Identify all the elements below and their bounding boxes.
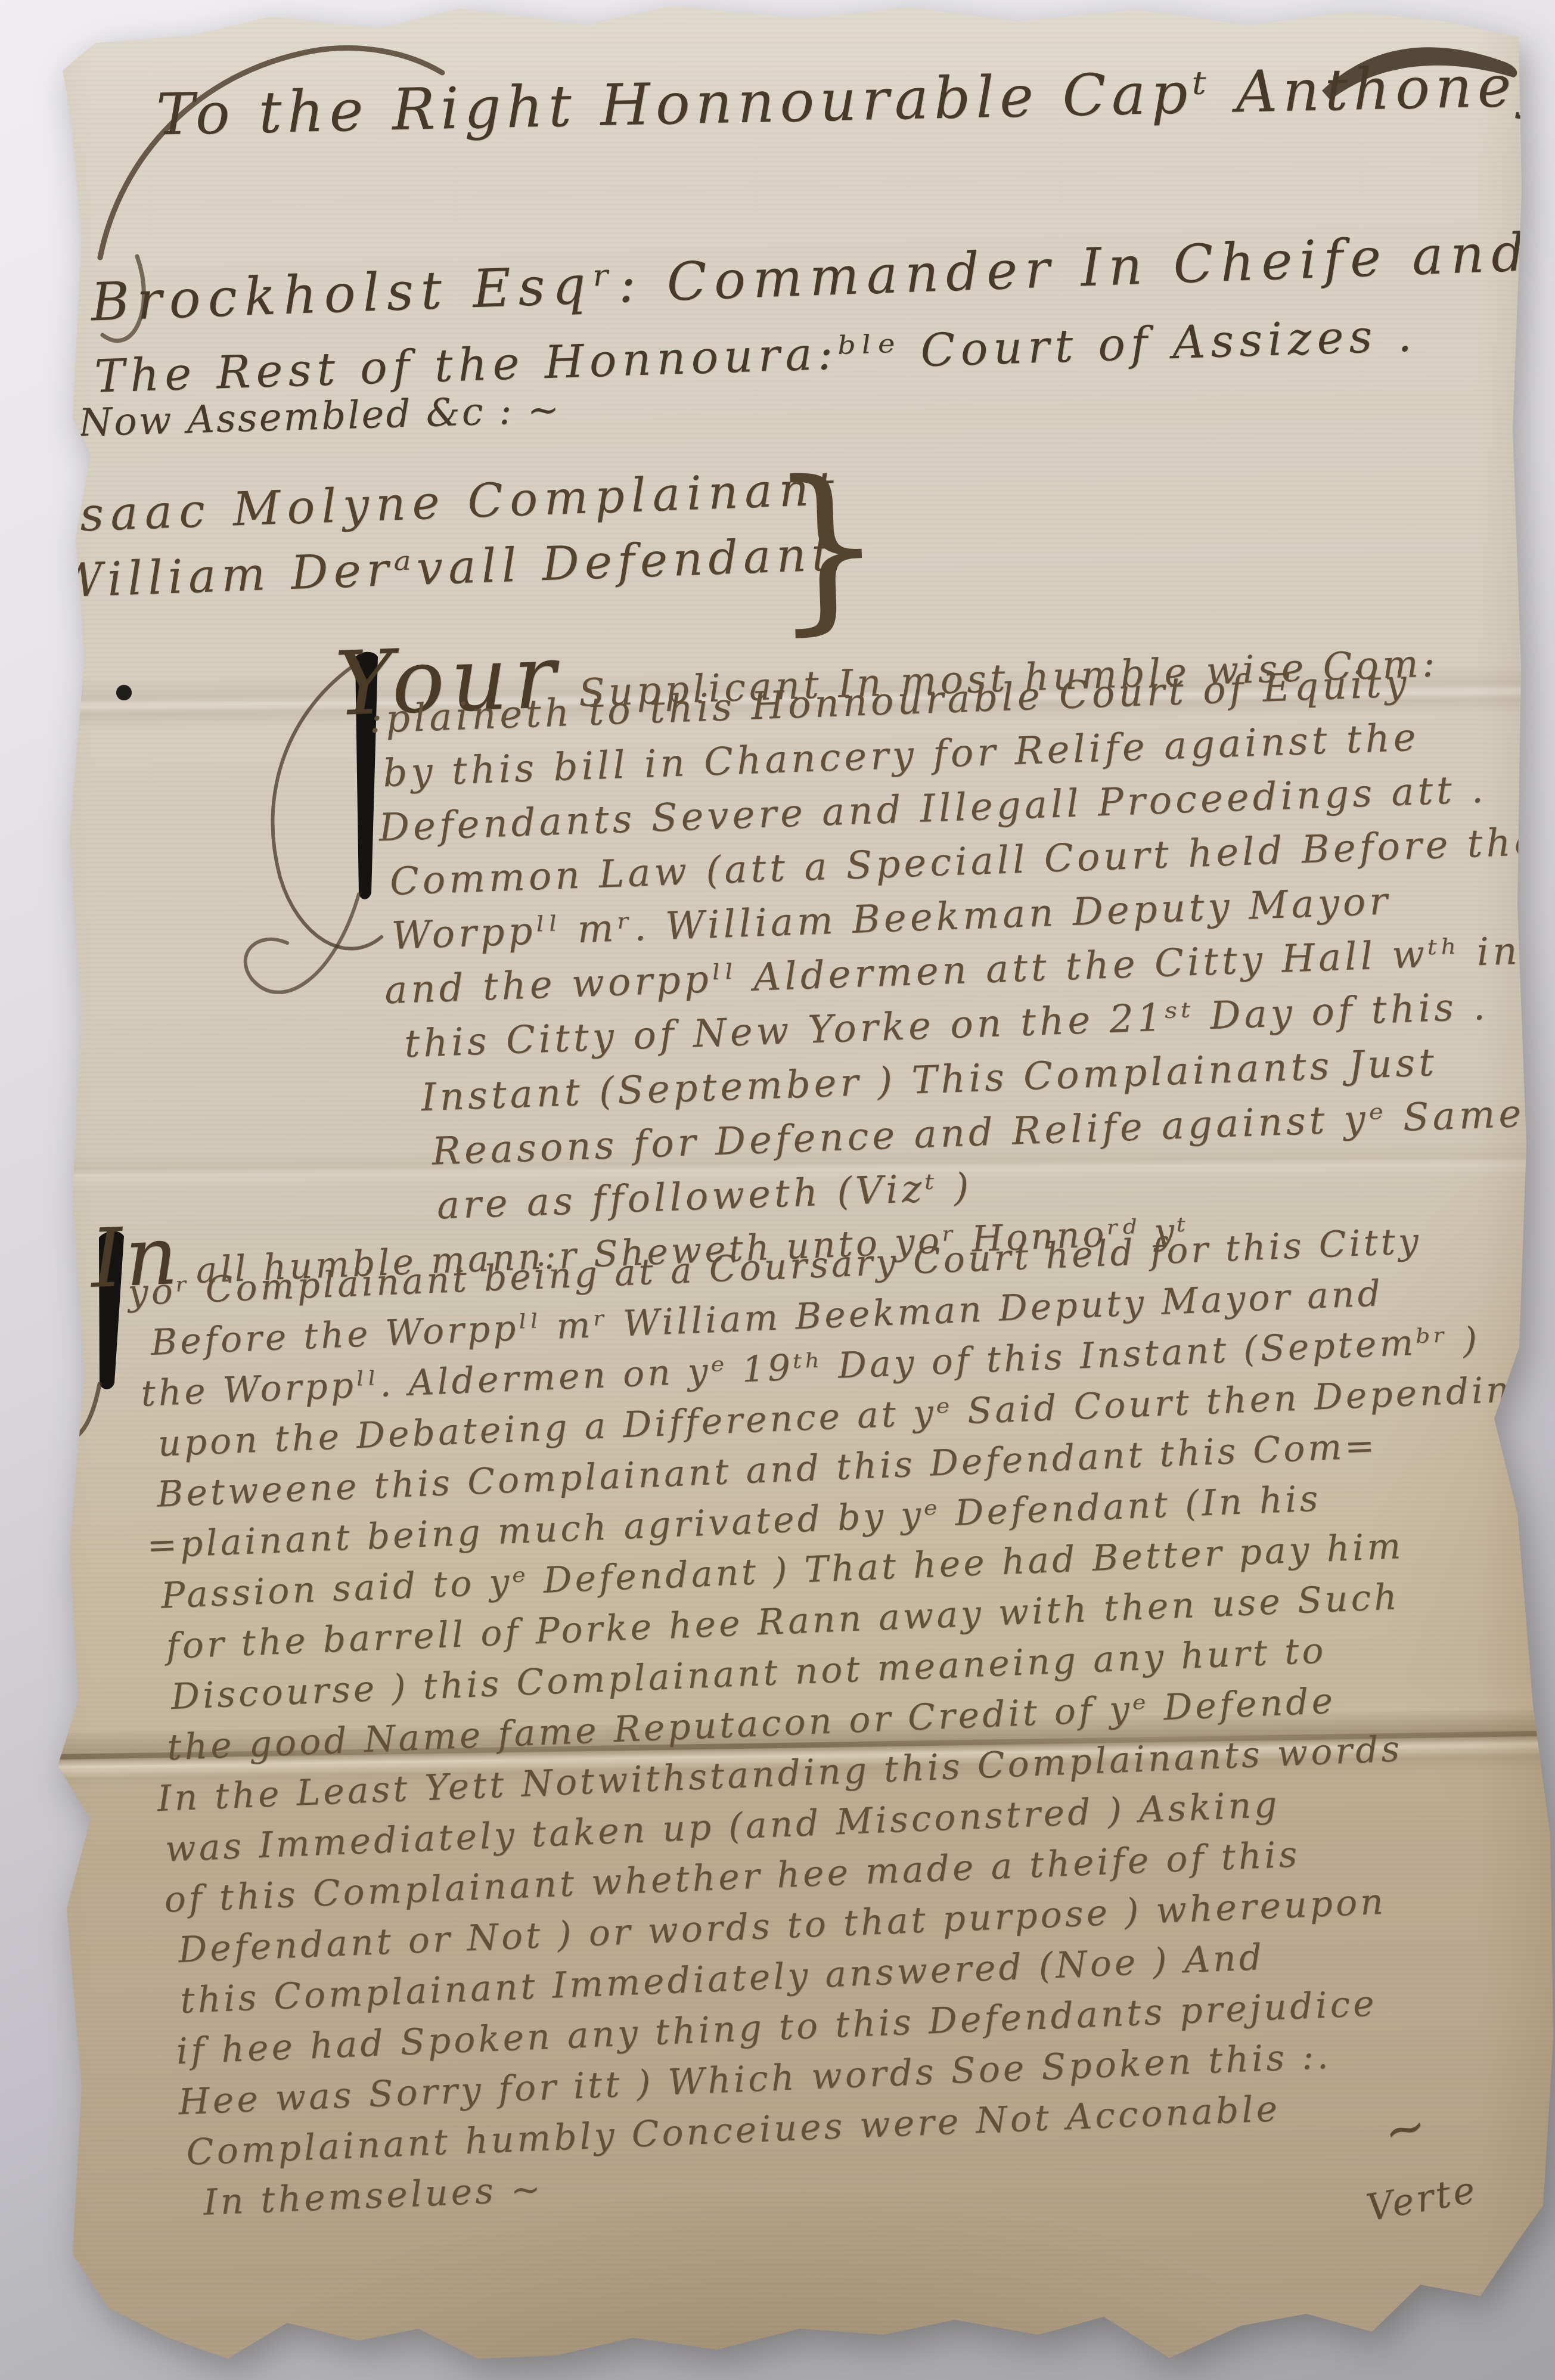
heading-line-1: To the Right Honnourable Capᵗ Anthoney (156, 52, 1555, 148)
your-initial-swirl (246, 894, 359, 992)
defendant-line: William Derᵃvall Defendant (54, 527, 837, 609)
ink-dot (116, 685, 132, 700)
in-initial-curl (57, 1384, 100, 1439)
first-paragraph: Your Supplicant In most humble wise Com:… (334, 603, 1553, 1242)
manuscript-paper: To the Right Honnourable Capᵗ Anthoney B… (0, 0, 1555, 2380)
complainant-line: Isaac Molyne Complainant (54, 462, 842, 543)
manuscript-paper-shadow: To the Right Honnourable Capᵗ Anthoney B… (0, 0, 1555, 2380)
photo-background: To the Right Honnourable Capᵗ Anthoney B… (0, 0, 1555, 2380)
margin-note-st: st (45, 1199, 73, 1233)
second-paragraph: In all humble mann:r Sheweth unto yoʳ Ho… (89, 1165, 1555, 2236)
parties-brace: } (766, 440, 887, 652)
margin-note-s: s (51, 1240, 67, 1274)
